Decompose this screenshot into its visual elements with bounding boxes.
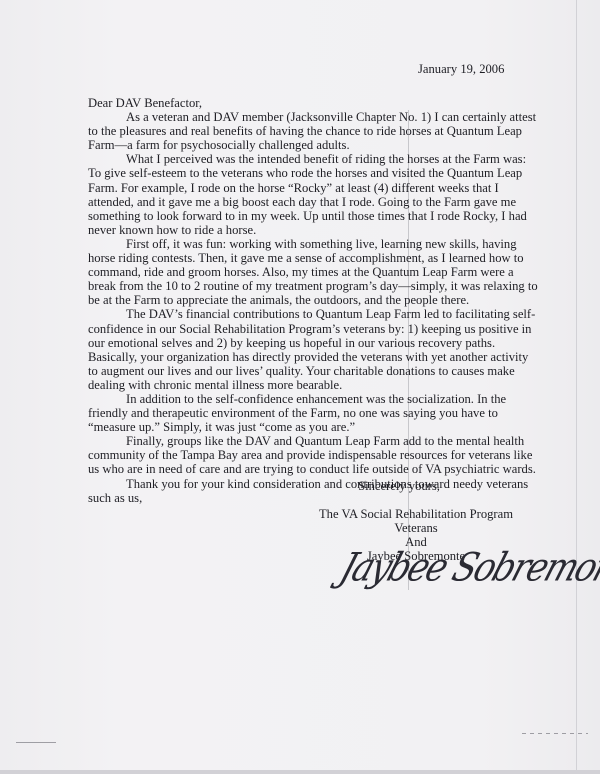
letter-line: Finally, groups like the DAV and Quantum… xyxy=(88,434,558,448)
letter-line: dealing with chronic mental illness more… xyxy=(88,378,558,392)
letter-line: us who are in need of care and are tryin… xyxy=(88,462,558,476)
closing-group: Veterans xyxy=(316,521,516,535)
letter-line: “measure up.” Simply, it was just “come … xyxy=(88,420,558,434)
scan-artifact-bottom-left xyxy=(16,742,56,743)
closing-org: The VA Social Rehabilitation Program xyxy=(316,507,516,521)
letter-line: In addition to the self-confidence enhan… xyxy=(88,392,558,406)
letter-line: confidence in our Social Rehabilitation … xyxy=(88,322,558,336)
scan-artifact-bottom-right xyxy=(522,733,588,734)
letter-line: friendly and therapeutic environment of … xyxy=(88,406,558,420)
letter-line: What I perceived was the intended benefi… xyxy=(88,152,558,166)
letter-date: January 19, 2006 xyxy=(418,62,504,77)
letter-line: community of the Tampa Bay area and prov… xyxy=(88,448,558,462)
letter-line: attended, and it gave me a big boost eac… xyxy=(88,195,558,209)
letter-line: The DAV’s financial contributions to Qua… xyxy=(88,307,558,321)
letter-line: First off, it was fun: working with some… xyxy=(88,237,558,251)
letter-line: break from the 10 to 2 routine of my tre… xyxy=(88,279,558,293)
letter-line: be at the Farm to appreciate the animals… xyxy=(88,293,558,307)
letter-line: As a veteran and DAV member (Jacksonvill… xyxy=(88,110,558,124)
salutation: Dear DAV Benefactor, xyxy=(88,96,558,110)
letter-body: Dear DAV Benefactor, As a veteran and DA… xyxy=(88,96,558,505)
letter-line: Farm. For example, I rode on the horse “… xyxy=(88,181,558,195)
scan-edge-bottom xyxy=(0,770,600,774)
letter-line: never known how to ride a horse. xyxy=(88,223,558,237)
handwritten-signature: Jaybee Sobremonte xyxy=(335,545,600,591)
letter-line: our emotional selves and 2) by keeping u… xyxy=(88,336,558,350)
letter-line: to augment our lives and our lives’ qual… xyxy=(88,364,558,378)
letter-line: something to look forward to in my week.… xyxy=(88,209,558,223)
letter-line: command, ride and groom horses. Also, my… xyxy=(88,265,558,279)
letter-line: to the pleasures and real benefits of ha… xyxy=(88,124,558,138)
scanned-letter-page: January 19, 2006 Dear DAV Benefactor, As… xyxy=(0,0,600,774)
closing-sincerely: Sincerely yours, xyxy=(282,479,516,493)
letter-line: Farm—a farm for psychosocially challenge… xyxy=(88,138,558,152)
letter-paragraphs: As a veteran and DAV member (Jacksonvill… xyxy=(88,110,558,505)
letter-line: Basically, your organization has directl… xyxy=(88,350,558,364)
scan-edge-right xyxy=(576,0,577,774)
letter-line: horse riding contests. Then, it gave me … xyxy=(88,251,558,265)
letter-line: To give self-esteem to the veterans who … xyxy=(88,166,558,180)
